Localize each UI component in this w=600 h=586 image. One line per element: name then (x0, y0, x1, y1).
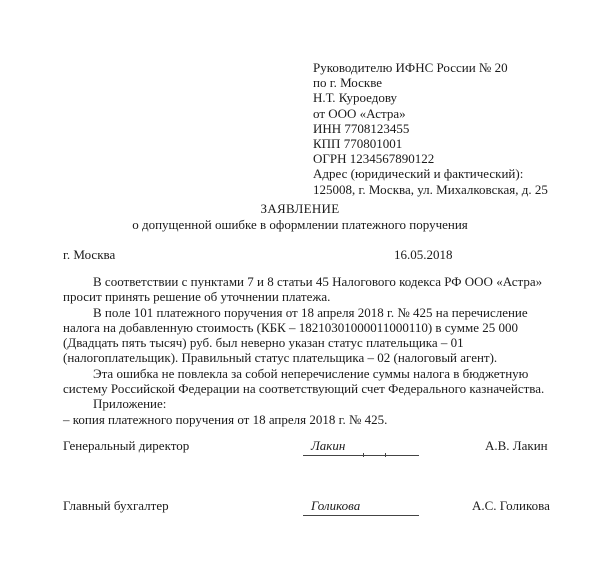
body-line: (Двадцать пять тысяч) руб. был неверно у… (63, 335, 583, 350)
title-heading: ЗАЯВЛЕНИЕ (0, 201, 600, 217)
addressee-line: ИНН 7708123455 (313, 121, 548, 136)
addressee-line: Руководителю ИФНС России № 20 (313, 60, 548, 75)
body-line: систему Российской Федерации на соответс… (63, 381, 583, 396)
addressee-line: Адрес (юридический и фактический): (313, 166, 548, 181)
addressee-line: Н.Т. Куроедову (313, 90, 548, 105)
title-subheading: о допущенной ошибке в оформлении платежн… (0, 217, 600, 233)
body-line: Эта ошибка не повлекла за собой неперечи… (63, 366, 583, 381)
addressee-line: от ООО «Астра» (313, 106, 548, 121)
addressee-block: Руководителю ИФНС России № 20 по г. Моск… (313, 60, 548, 197)
signature-name: А.В. Лакин (485, 438, 548, 454)
body-line: В соответствии с пунктами 7 и 8 статьи 4… (63, 274, 583, 289)
signature-line: Голикова (303, 498, 419, 516)
addressee-line: ОГРН 1234567890122 (313, 151, 548, 166)
signature-role: Генеральный директор (63, 438, 189, 454)
signature: Голикова (303, 498, 360, 513)
signature-row-director: Генеральный директор Лакин А.В. Лакин (0, 438, 600, 458)
signature-tick (385, 453, 386, 457)
attachment-item: – копия платежного поручения от 18 апрел… (63, 412, 583, 427)
addressee-line: по г. Москве (313, 75, 548, 90)
signature-tick (363, 453, 364, 457)
body-line: налога на добавленную стоимость (КБК – 1… (63, 320, 583, 335)
date: 16.05.2018 (394, 247, 453, 263)
body-line: просит принять решение об уточнении плат… (63, 289, 583, 304)
attachment-heading: Приложение: (63, 396, 583, 411)
document-title: ЗАЯВЛЕНИЕ о допущенной ошибке в оформлен… (0, 201, 600, 233)
signature-row-accountant: Главный бухгалтер Голикова А.С. Голикова (0, 498, 600, 518)
signature: Лакин (303, 438, 345, 453)
addressee-line: 125008, г. Москва, ул. Михалковская, д. … (313, 182, 548, 197)
signature-line: Лакин (303, 438, 419, 456)
addressee-line: КПП 770801001 (313, 136, 548, 151)
signature-role: Главный бухгалтер (63, 498, 169, 514)
body-line: В поле 101 платежного поручения от 18 ап… (63, 305, 583, 320)
body-text: В соответствии с пунктами 7 и 8 статьи 4… (63, 274, 583, 427)
body-line: (налогоплательщик). Правильный статус пл… (63, 350, 583, 365)
signature-name: А.С. Голикова (472, 498, 550, 514)
place: г. Москва (63, 247, 115, 263)
